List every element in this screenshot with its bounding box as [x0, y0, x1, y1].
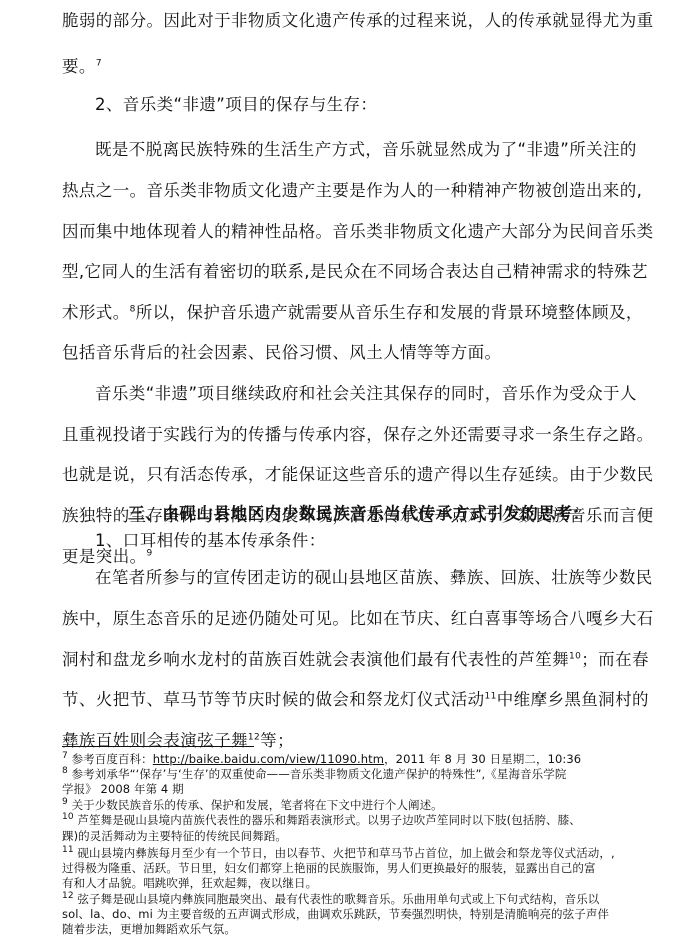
paragraph-line: 且重视投诸于实践行为的传播与传承内容，保存之外还需要寻求一条生存之路。: [62, 425, 654, 445]
footnote-8: 8 参考刘承华“‘保存’与‘生存’的双重使命——音乐类非物质文化遗产保护的特殊性…: [62, 767, 566, 781]
paragraph-line: 音乐类“非遗”项目继续政府和社会关注其保存的同时，音乐作为受众于人: [95, 384, 637, 404]
footnote-12-cont: 随着步法，更增加舞蹈欢乐气氛。: [62, 922, 236, 936]
footnote-ref[interactable]: 10: [569, 652, 581, 662]
paragraph-line: 要。7: [62, 57, 102, 77]
footnote-11-cont: 有和人才品貌。唱跳吹弹，狂欢起舞，夜以继日。: [62, 876, 317, 890]
footnote-11-cont: 过得极为隆重、活跃。节日里，妇女们都穿上艳丽的民族服饰，男人们更换最好的服装，显…: [62, 861, 596, 875]
footnote-10-cont: 踝)的灵活舞动为主要特征的传统民间舞蹈。: [62, 829, 287, 843]
footnote-12: 12 弦子舞是砚山县境内彝族同胞最突出、最有代表性的歌舞音乐。乐曲用单句式或上下…: [62, 892, 599, 906]
paragraph-line: 术形式。8所以，保护音乐遗产就需要从音乐生存和发展的背景环境整体顾及，: [62, 303, 643, 323]
paragraph-line: 型,它同人的生活有着密切的联系,是民众在不同场合表达自己精神需求的特殊艺: [62, 262, 648, 282]
footnote-9: 9 关于少数民族音乐的传承、保护和发展，笔者将在下文中进行个人阐述。: [62, 798, 443, 812]
footnote-ref[interactable]: 11: [485, 692, 497, 702]
footnote-link[interactable]: http://baike.baidu.com/view/11090.htm: [153, 752, 384, 766]
footnote-ref[interactable]: 7: [96, 59, 102, 69]
footnote-11: 11 砚山县境内彝族每月至少有一个节日，由以春节、火把节和草马节占首位，加上做会…: [62, 846, 615, 860]
paragraph-line: 也就是说，只有活态传承，才能保证这些音乐的遗产得以生存延续。由于少数民: [62, 465, 654, 485]
paragraph-line: 热点之一。音乐类非物质文化遗产主要是作为人的一种精神产物被创造出来的,: [62, 181, 642, 201]
paragraph-line: 包括音乐背后的社会因素、民俗习惯、风土人情等等方面。: [62, 343, 501, 363]
paragraph-line: 在笔者所参与的宣传团走访的砚山县地区苗族、彝族、回族、壮族等少数民: [95, 568, 653, 588]
subheading-oral-tradition: 1、口耳相传的基本传承条件：: [95, 531, 326, 551]
section-heading: 三、由砚山县地区内少数民族音乐当代传承方式引发的思考：: [128, 500, 590, 524]
paragraph-line: 族中，原生态音乐的足迹仍随处可见。比如在节庆、红白喜事等场合八嘎乡大石: [62, 609, 654, 629]
paragraph-line: 节、火把节、草马节等节庆时候的做会和祭龙灯仪式活动11中维摩乡黑鱼洞村的: [62, 690, 649, 710]
paragraph-line: 脆弱的部分。因此对于非物质文化遗产传承的过程来说，人的传承就显得尤为重: [62, 11, 654, 31]
document-page: 脆弱的部分。因此对于非物质文化遗产传承的过程来说，人的传承就显得尤为重 要。7 …: [0, 0, 675, 944]
footnote-ref[interactable]: 12: [248, 733, 260, 743]
paragraph-line: 既是不脱离民族特殊的生活生产方式，音乐就显然成为了“非遗”所关注的: [95, 140, 637, 160]
footnote-separator: [62, 746, 254, 747]
footnote-12-cont: sol、la、do、mi 为主要音级的五声调式形成，曲调欢乐跳跃，节奏强烈明快，…: [62, 907, 609, 921]
paragraph-line: 彝族百姓则会表演弦子舞12等；: [62, 731, 294, 751]
paragraph-line: 因而集中地体现着人的精神性品格。音乐类非物质文化遗产大部分为民间音乐类: [62, 222, 654, 242]
paragraph-line: 洞村和盘龙乡响水龙村的苗族百姓就会表演他们最有代表性的芦笙舞10；而在春: [62, 650, 649, 670]
subheading-music-heritage: 2、音乐类“非遗”项目的保存与生存：: [95, 95, 377, 115]
footnote-8-cont: 学报》 2008 年第 4 期: [62, 782, 184, 796]
footnote-10: 10 芦笙舞是砚山县境内苗族代表性的器乐和舞蹈表演形式。以男子边吹芦笙同时以下肢…: [62, 813, 581, 827]
footnote-7: 7 参考百度百科：http://baike.baidu.com/view/110…: [62, 752, 581, 766]
